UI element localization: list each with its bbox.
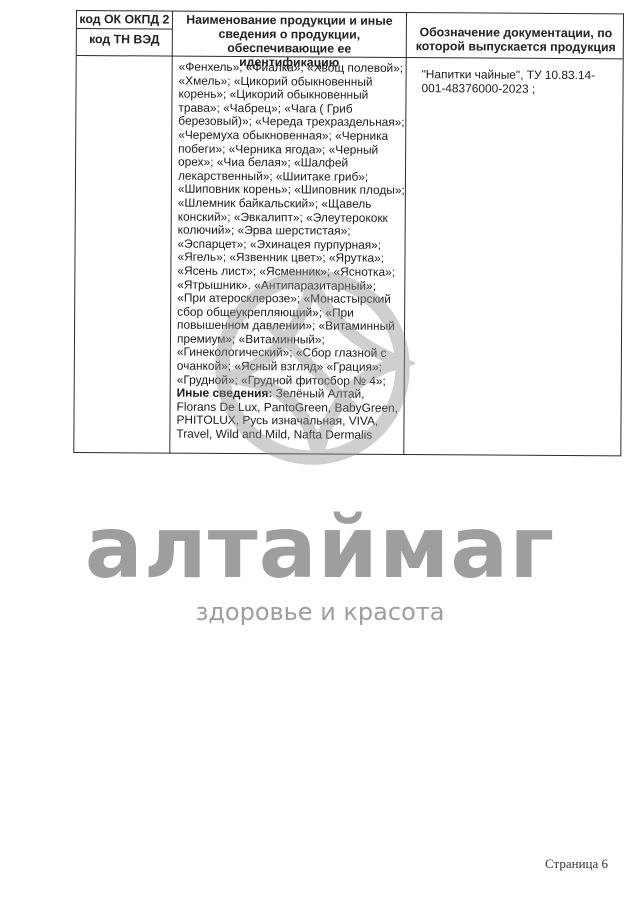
watermark-brand: алтаймаг (80, 503, 560, 593)
watermark-leaf-logo-icon (210, 265, 415, 470)
column-divider (169, 12, 173, 453)
header-documentation: Обозначение документации, по которой вып… (411, 25, 621, 54)
header-okpd2-code: код ОК ОКПД 2 (77, 12, 172, 27)
watermark-tagline: здоровье и красота (80, 597, 560, 627)
page-number: Страница 6 (545, 856, 608, 872)
header-subdivider (77, 28, 172, 30)
cell-documentation: "Напитки чайные", ТУ 10.83.14-001-483760… (421, 68, 616, 96)
header-tnved-code: код ТН ВЭД (77, 32, 172, 47)
cell-code (77, 61, 172, 62)
